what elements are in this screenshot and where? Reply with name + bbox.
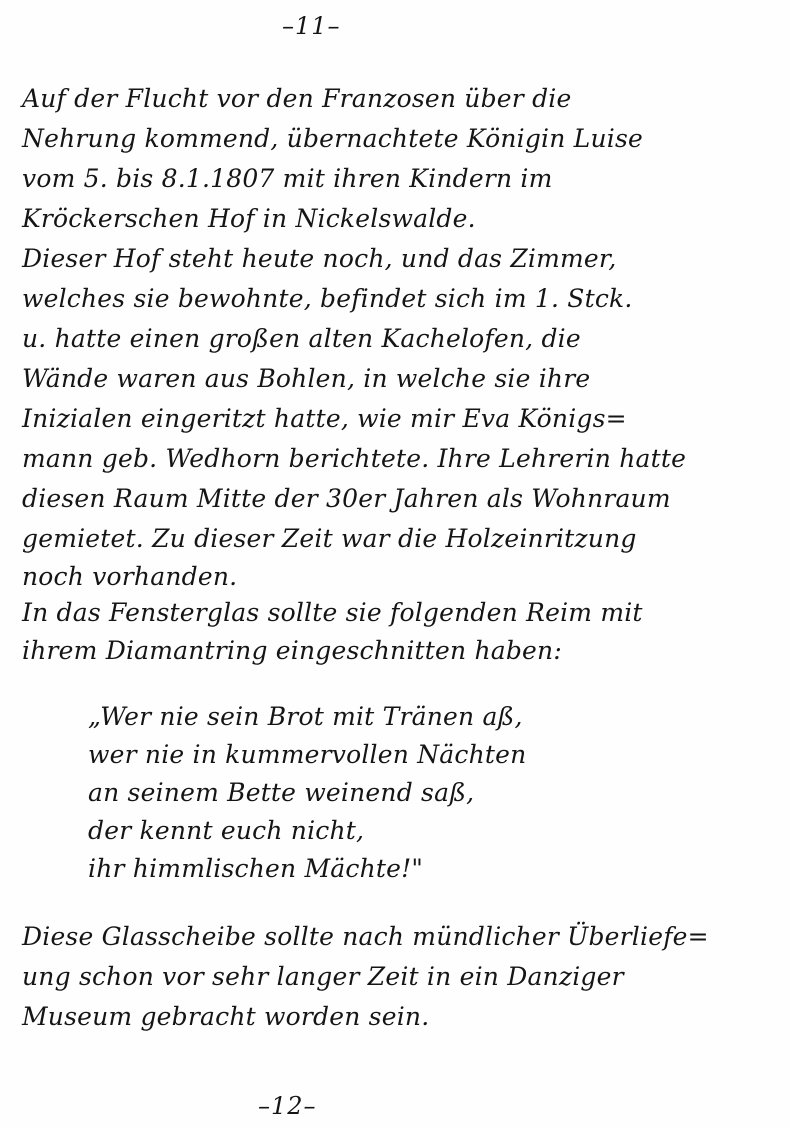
poem-line: wer nie in kummervollen Nächten (88, 740, 526, 769)
poem-line: an seinem Bette weinend saß, (88, 778, 474, 807)
text-line: welches sie bewohnte, befindet sich im 1… (22, 284, 633, 313)
text-line: u. hatte einen großen alten Kachelofen, … (22, 324, 581, 353)
text-line: vom 5. bis 8.1.1807 mit ihren Kindern im (22, 164, 553, 193)
text-line: mann geb. Wedhorn berichtete. Ihre Lehre… (22, 444, 686, 473)
poem-line: ihr himmlischen Mächte!" (88, 854, 423, 883)
text-line: diesen Raum Mitte der 30er Jahren als Wo… (22, 484, 671, 513)
text-line: In das Fensterglas sollte sie folgenden … (22, 598, 643, 627)
text-line: Kröckerschen Hof in Nickelswalde. (22, 204, 476, 233)
text-line: Nehrung kommend, übernachtete Königin Lu… (22, 124, 643, 153)
text-line: Museum gebracht worden sein. (22, 1002, 429, 1031)
text-line: Diese Glasscheibe sollte nach mündlicher… (22, 922, 709, 951)
text-line: ihrem Diamantring eingeschnitten haben: (22, 636, 562, 665)
handwritten-page: –11– Auf der Flucht vor den Franzosen üb… (0, 0, 790, 1127)
poem-line: „Wer nie sein Brot mit Tränen aß, (88, 702, 523, 731)
text-line: ung schon vor sehr langer Zeit in ein Da… (22, 962, 624, 991)
text-line: Wände waren aus Bohlen, in welche sie ih… (22, 364, 590, 393)
text-line: noch vorhanden. (22, 562, 237, 591)
poem-line: der kennt euch nicht, (88, 816, 364, 845)
text-line: Dieser Hof steht heute noch, und das Zim… (22, 244, 616, 273)
page-number-bottom: –12– (258, 1092, 317, 1120)
text-line: Auf der Flucht vor den Franzosen über di… (22, 84, 572, 113)
text-line: Inizialen eingeritzt hatte, wie mir Eva … (22, 404, 627, 433)
page-number-top: –11– (282, 12, 341, 40)
text-line: gemietet. Zu dieser Zeit war die Holzein… (22, 524, 637, 553)
